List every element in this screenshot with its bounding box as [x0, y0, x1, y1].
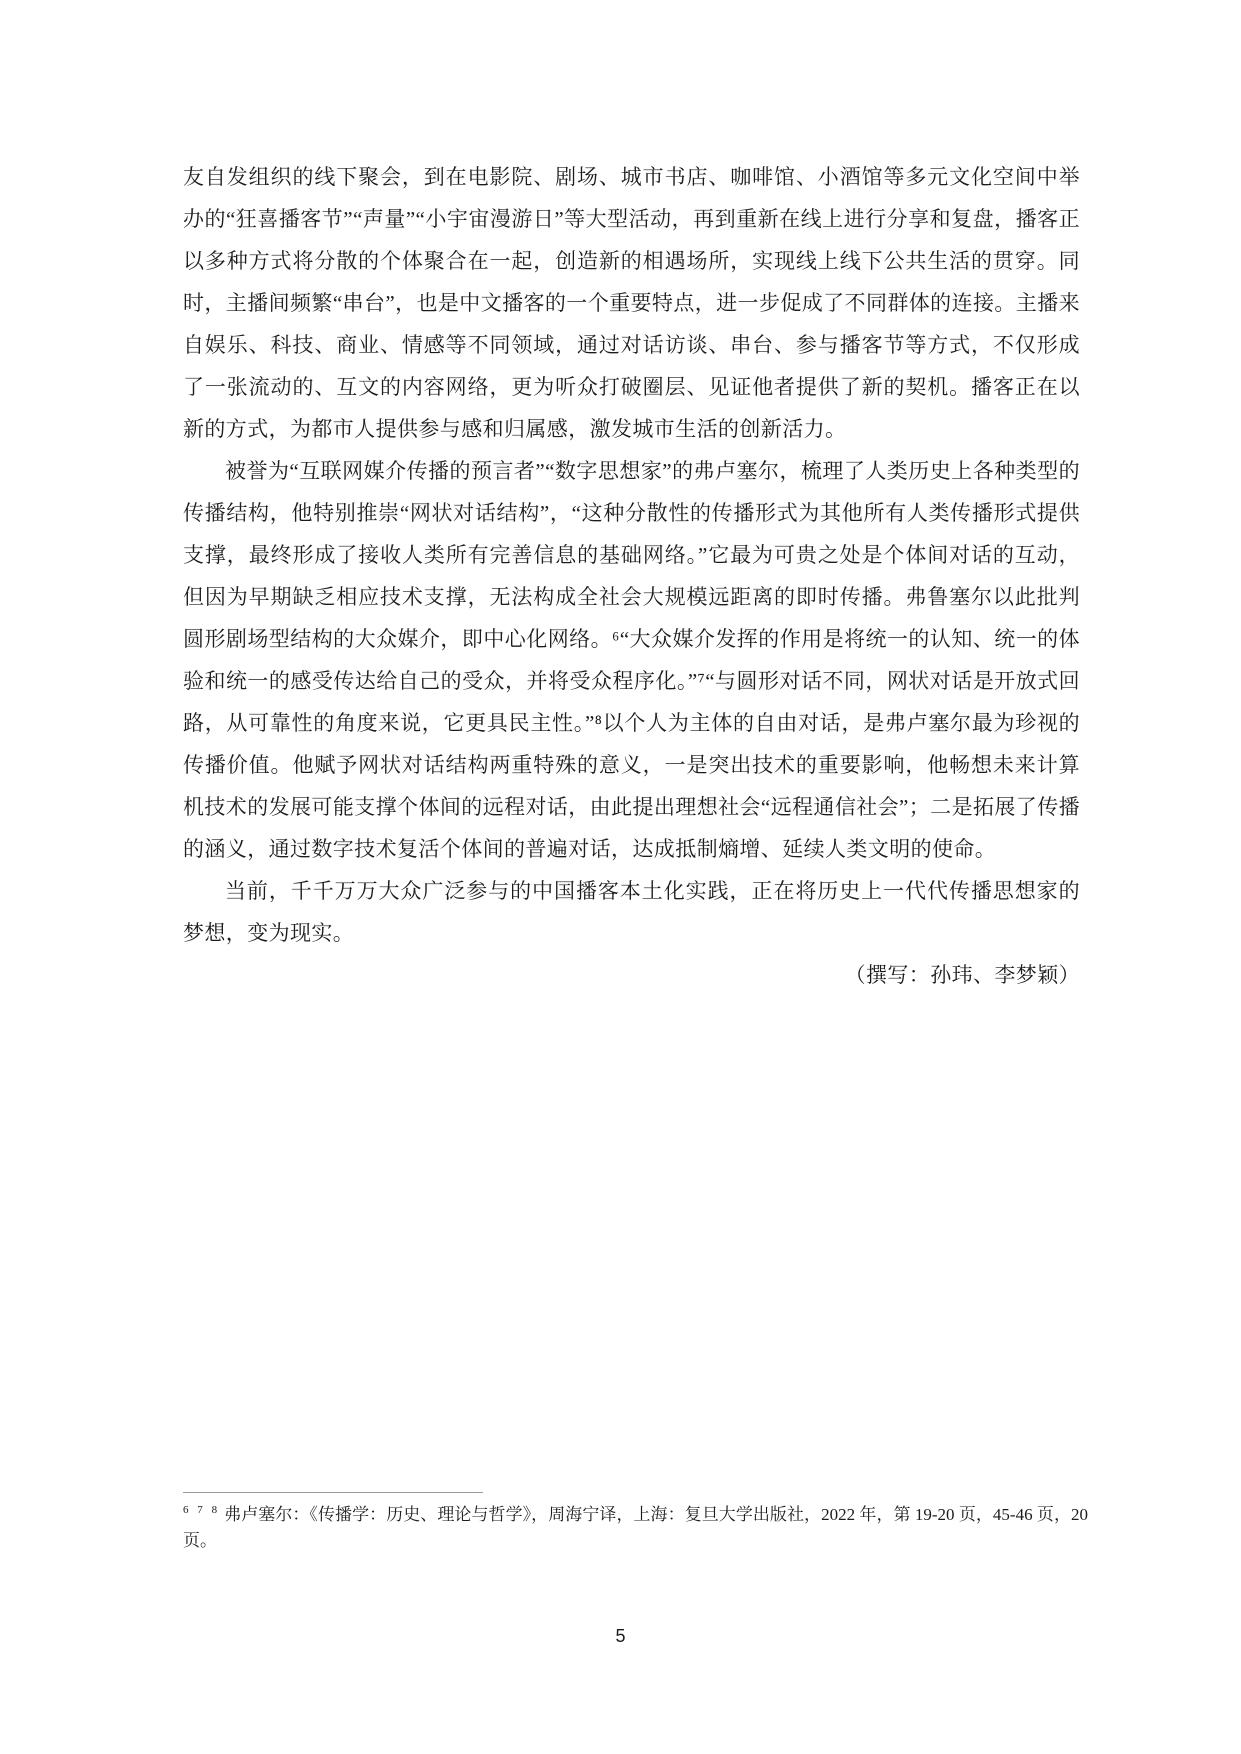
page-number: 5	[0, 1626, 1241, 1647]
paragraph-conclusion: 当前，千千万万大众广泛参与的中国播客本土化实践，正在将历史上一代代传播思想家的梦…	[183, 870, 1080, 954]
footnote-marker: 6 7 8	[183, 1504, 220, 1516]
paragraph-continuation: 友自发组织的线下聚会，到在电影院、剧场、城市书店、咖啡馆、小酒馆等多元文化空间中…	[183, 156, 1080, 450]
footnote-separator	[183, 1492, 483, 1493]
footnote-text: 弗卢塞尔：《传播学：历史、理论与哲学》，周海宁译，上海：复旦大学出版社，2022…	[183, 1505, 1088, 1550]
attribution-line: （撰写：孙玮、李梦颖）	[183, 954, 1080, 996]
document-page: 友自发组织的线下聚会，到在电影院、剧场、城市书店、咖啡馆、小酒馆等多元文化空间中…	[0, 0, 1241, 1754]
page-body: 友自发组织的线下聚会，到在电影院、剧场、城市书店、咖啡馆、小酒馆等多元文化空间中…	[183, 156, 1080, 996]
paragraph-flusser: 被誉为“互联网媒介传播的预言者”“数字思想家”的弗卢塞尔，梳理了人类历史上各种类…	[183, 450, 1080, 870]
footnote: 6 7 8弗卢塞尔：《传播学：历史、理论与哲学》，周海宁译，上海：复旦大学出版社…	[183, 1502, 1088, 1554]
